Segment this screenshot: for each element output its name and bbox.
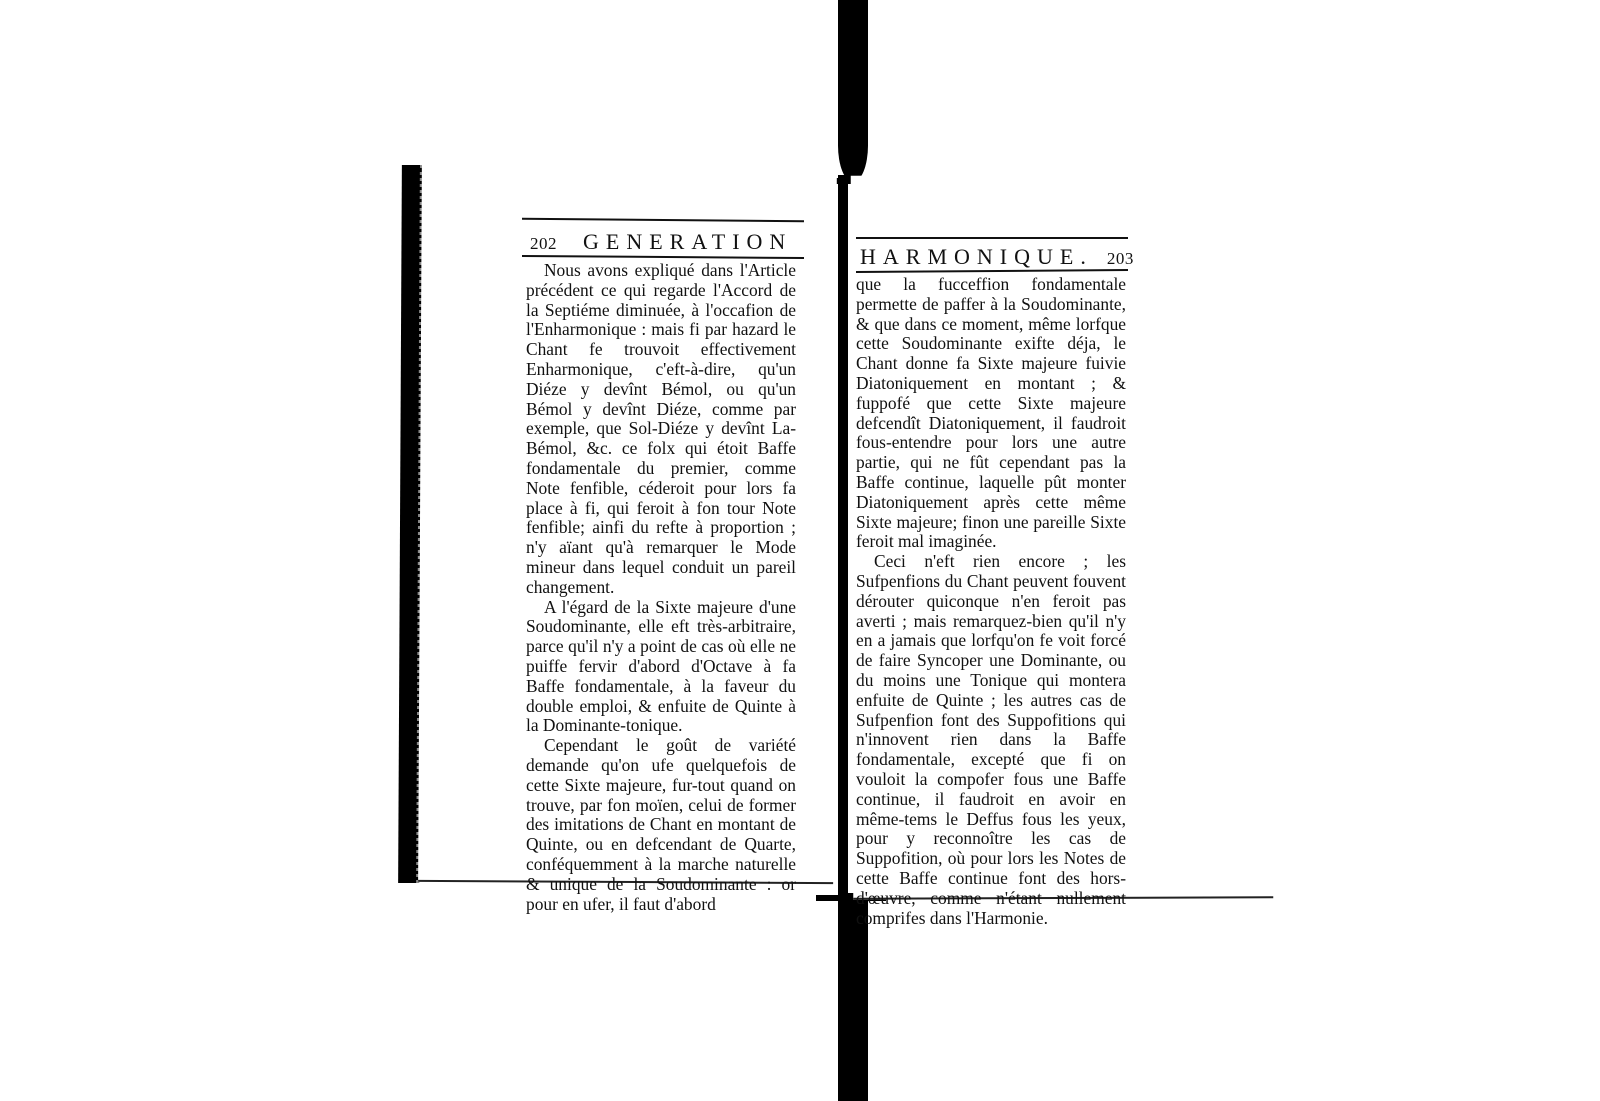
paragraph: Cependant le goût de variété demande qu'…: [526, 736, 796, 914]
running-head-top-rule: [856, 237, 1128, 239]
page-number-left: 202: [530, 234, 557, 254]
page-number-right: 203: [1107, 249, 1134, 269]
book-gutter: [838, 175, 848, 895]
paragraph: A l'égard de la Sixte majeure d'une Soud…: [526, 598, 796, 737]
paragraph: Nous avons expliqué dans l'Article précé…: [526, 261, 796, 598]
right-page-body: que la fucceffion fondamentale permette …: [856, 275, 1126, 928]
running-title-left: GENERATION: [583, 229, 792, 255]
left-page-body: Nous avons expliqué dans l'Article précé…: [526, 261, 796, 914]
book-spine-shadow-top: [838, 0, 868, 182]
paragraph: Ceci n'eft rien encore ; les Sufpenfions…: [856, 552, 1126, 928]
paragraph: que la fucceffion fondamentale permette …: [856, 275, 1126, 552]
running-title-right: HARMONIQUE.: [860, 244, 1093, 270]
running-head-right: HARMONIQUE. 203: [860, 244, 1140, 270]
running-head-left: 202 GENERATION: [530, 229, 810, 255]
